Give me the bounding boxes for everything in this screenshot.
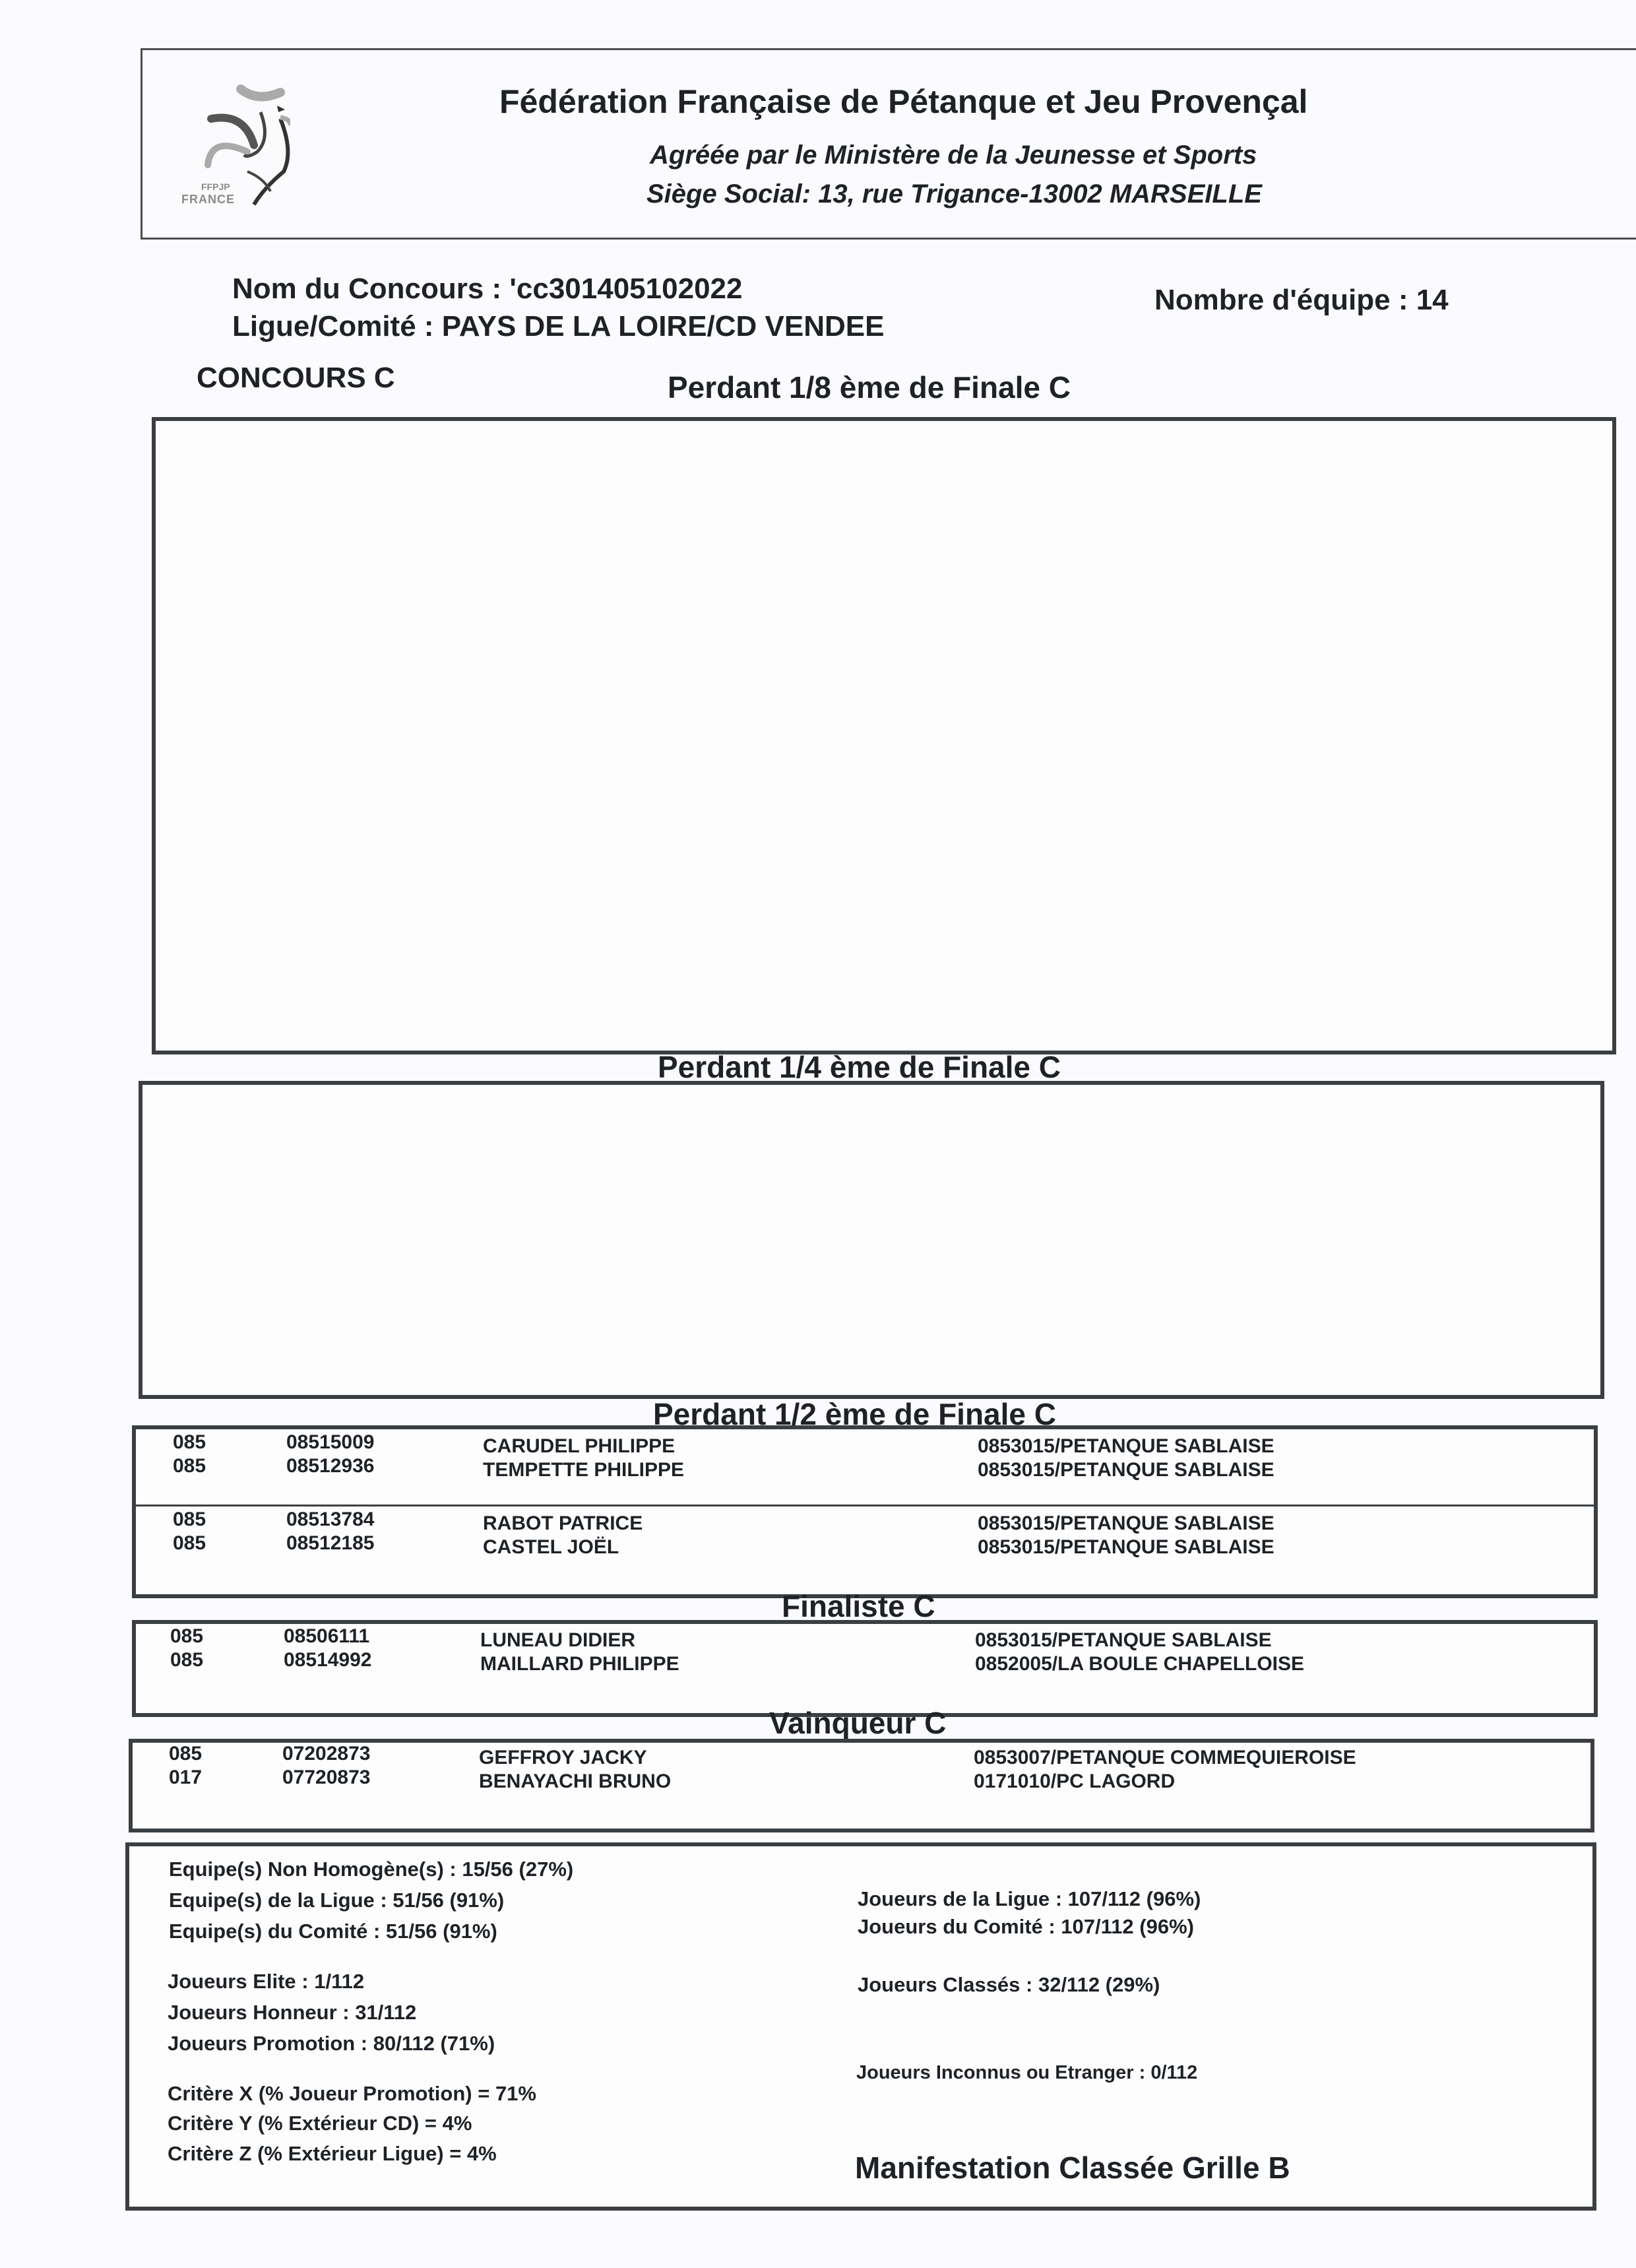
logo-small-text: FFPJP xyxy=(201,181,230,192)
player-dept: 085 xyxy=(173,1508,206,1532)
federation-title: Fédération Française de Pétanque et Jeu … xyxy=(499,82,1307,121)
player-name: CARUDEL PHILIPPE xyxy=(483,1435,675,1458)
player-name: TEMPETTE PHILIPPE xyxy=(483,1458,684,1482)
federation-subtitle-address: Siège Social: 13, rue Trigance-13002 MAR… xyxy=(646,179,1262,209)
stat-unknown-players: Joueurs Inconnus ou Etranger : 0/112 xyxy=(856,2062,1197,2084)
player-dept: 085 xyxy=(173,1431,206,1454)
player-club: 0853015/PETANQUE SABLAISE xyxy=(978,1435,1274,1458)
rooster-icon xyxy=(172,73,290,211)
player-club: 0853015/PETANQUE SABLAISE xyxy=(978,1458,1274,1482)
concours-label: CONCOURS C xyxy=(197,362,395,395)
stat-league-teams: Equipe(s) de la Ligue : 51/56 (91%) xyxy=(169,1889,504,1912)
section-box-r16 xyxy=(152,417,1616,1054)
player-club: 0853007/PETANQUE COMMEQUIEROISE xyxy=(974,1746,1356,1770)
stat-elite-players: Joueurs Elite : 1/112 xyxy=(168,1970,364,1993)
player-licence: 08514992 xyxy=(284,1648,371,1672)
league-committee: Ligue/Comité : PAYS DE LA LOIRE/CD VENDE… xyxy=(232,310,885,343)
stat-honneur-players: Joueurs Honneur : 31/112 xyxy=(168,2001,416,2025)
player-licence: 08506111 xyxy=(284,1625,369,1648)
player-licence: 08515009 xyxy=(286,1431,374,1454)
section-title-winner: Vainqueur C xyxy=(769,1705,946,1741)
stat-non-homogeneous-teams: Equipe(s) Non Homogène(s) : 15/56 (27%) xyxy=(169,1858,573,1881)
team-count: Nombre d'équipe : 14 xyxy=(1154,284,1449,317)
player-name: LUNEAU DIDIER xyxy=(480,1629,635,1652)
ffpjp-logo: FFPJP FRANCE xyxy=(172,73,290,211)
stat-committee-teams: Equipe(s) du Comité : 51/56 (91%) xyxy=(169,1920,497,1943)
player-club: 0853015/PETANQUE SABLAISE xyxy=(978,1536,1274,1559)
federation-subtitle-ministry: Agréée par le Ministère de la Jeunesse e… xyxy=(650,141,1257,170)
player-club: 0171010/PC LAGORD xyxy=(974,1770,1175,1794)
player-dept: 017 xyxy=(169,1766,202,1790)
stat-criterion-y: Critère Y (% Extérieur CD) = 4% xyxy=(168,2112,472,2135)
section-title-qf: Perdant 1/4 ème de Finale C xyxy=(658,1049,1061,1085)
player-name: CASTEL JOËL xyxy=(483,1536,619,1559)
event-classification: Manifestation Classée Grille B xyxy=(855,2150,1290,2186)
player-licence: 08512185 xyxy=(286,1532,374,1555)
logo-label: FRANCE xyxy=(181,193,235,207)
section-box-qf xyxy=(139,1081,1604,1399)
stat-promotion-players: Joueurs Promotion : 80/112 (71%) xyxy=(168,2032,495,2056)
player-dept: 085 xyxy=(173,1454,206,1478)
section-title-final: Finaliste C xyxy=(782,1588,935,1624)
player-club: 0853015/PETANQUE SABLAISE xyxy=(975,1629,1272,1652)
player-licence: 08512936 xyxy=(286,1454,374,1478)
stat-committee-players: Joueurs du Comité : 107/112 (96%) xyxy=(858,1915,1194,1939)
player-club: 0852005/LA BOULE CHAPELLOISE xyxy=(975,1652,1304,1676)
section-title-r16: Perdant 1/8 ème de Finale C xyxy=(668,370,1071,405)
player-dept: 085 xyxy=(170,1648,203,1672)
player-dept: 085 xyxy=(169,1742,202,1766)
player-club: 0853015/PETANQUE SABLAISE xyxy=(978,1512,1274,1536)
player-licence: 07202873 xyxy=(282,1742,370,1766)
player-name: BENAYACHI BRUNO xyxy=(479,1770,671,1794)
stat-criterion-x: Critère X (% Joueur Promotion) = 71% xyxy=(168,2082,536,2106)
stat-classified-players: Joueurs Classés : 32/112 (29%) xyxy=(858,1973,1160,1997)
stat-league-players: Joueurs de la Ligue : 107/112 (96%) xyxy=(858,1887,1201,1911)
stat-criterion-z: Critère Z (% Extérieur Ligue) = 4% xyxy=(168,2142,497,2166)
player-name: MAILLARD PHILIPPE xyxy=(480,1652,679,1676)
contest-name: Nom du Concours : 'cc301405102022 xyxy=(232,273,742,306)
player-name: RABOT PATRICE xyxy=(483,1512,643,1536)
player-dept: 085 xyxy=(173,1532,206,1555)
player-licence: 08513784 xyxy=(286,1508,374,1532)
player-licence: 07720873 xyxy=(282,1766,370,1790)
player-name: GEFFROY JACKY xyxy=(479,1746,647,1770)
player-dept: 085 xyxy=(170,1625,203,1648)
team-divider xyxy=(136,1505,1594,1507)
